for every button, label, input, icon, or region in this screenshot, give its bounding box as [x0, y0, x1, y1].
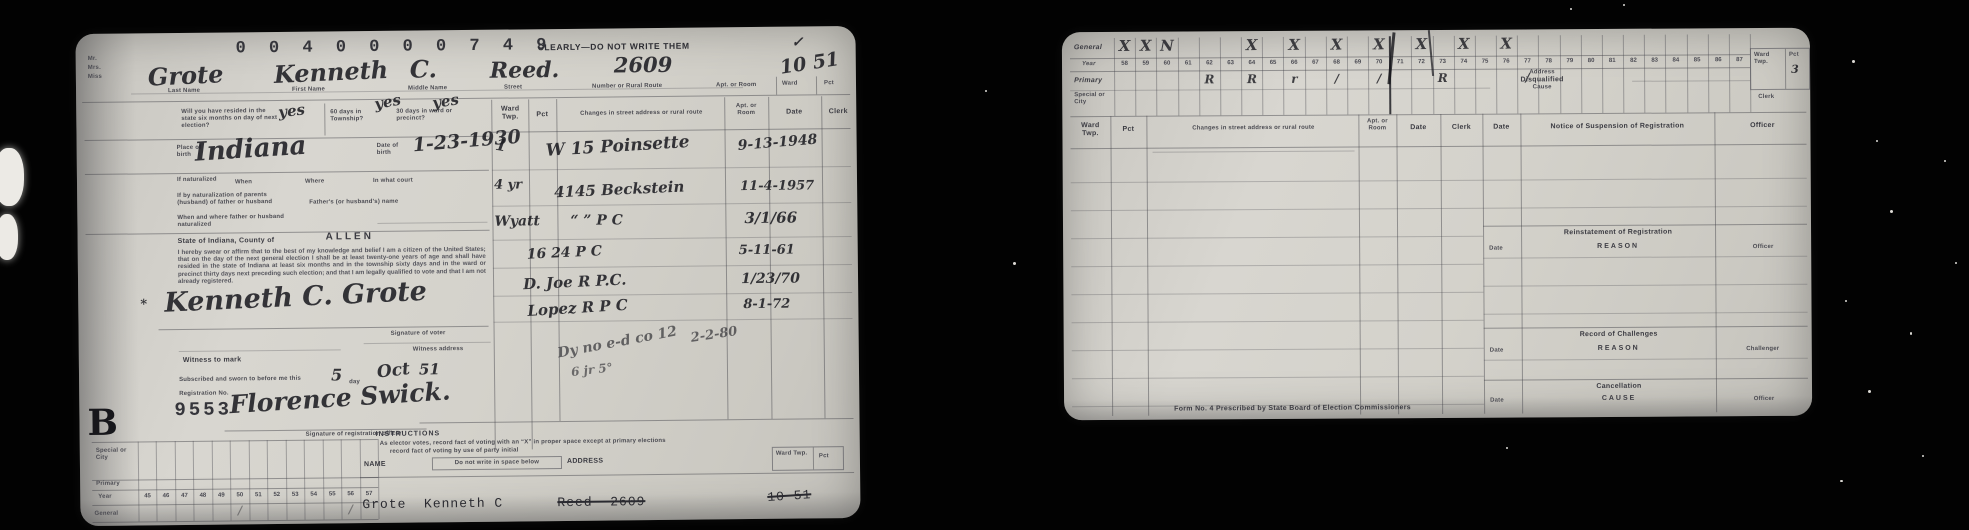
honorific-mrs: Mrs.	[88, 65, 101, 72]
general-vote-mark: X	[1135, 37, 1156, 58]
reinstatement-date-label: Date	[1489, 246, 1503, 253]
primary-vote-mark	[1644, 69, 1665, 89]
reinstatement-officer-label: Officer	[1725, 244, 1801, 251]
year-cell: 80	[1580, 56, 1601, 67]
divider-line	[776, 77, 777, 95]
asterisk-mark: *	[140, 297, 147, 312]
film-speck	[1013, 262, 1016, 265]
change-address: “ ” P C	[570, 212, 623, 229]
change-address: D. Joe R P.C.	[523, 271, 627, 294]
header-date: Date	[1400, 124, 1436, 132]
label-if-naturalized: If naturalized	[177, 177, 217, 184]
change-row: Lopez R P C 8-1-72	[493, 294, 858, 324]
challenges-challenger-label: Challenger	[1720, 346, 1806, 354]
registration-card-back: General Year Primary Special or City XXN…	[1062, 28, 1812, 421]
grid-label-general: General	[1074, 44, 1102, 52]
disqualified-line-cause: Cause	[1454, 84, 1630, 92]
year-cell: 61	[1178, 58, 1199, 69]
vote-grid-label-general: General	[94, 511, 118, 518]
divider-line	[1484, 326, 1808, 329]
year-cell: 69	[1347, 57, 1368, 68]
divider-line	[420, 418, 854, 424]
grid-label-year: Year	[1082, 61, 1096, 68]
divider-line	[179, 349, 341, 352]
divider-line	[1071, 180, 1483, 184]
margin-scrawl: 2-2-80	[690, 324, 739, 346]
divider-line	[1071, 236, 1483, 240]
year-cell: 74	[1453, 57, 1474, 68]
film-artifact-blob	[0, 148, 24, 206]
change-row: 16 24 P C 5-11-61	[493, 240, 858, 270]
header-changes-address: Changes in street address or rural route	[562, 109, 720, 118]
film-speck	[1876, 140, 1878, 142]
registration-number-stamp: 9553	[174, 398, 232, 421]
vote-mark	[323, 501, 342, 519]
general-vote-mark	[1665, 33, 1686, 54]
divider-line	[1483, 224, 1807, 227]
year-cell: 48	[194, 491, 213, 503]
voter-street-number: 2609	[614, 52, 673, 78]
year-cell: 84	[1665, 55, 1686, 66]
divider-line	[1785, 49, 1786, 89]
divider-line	[1483, 178, 1807, 181]
film-speck	[1845, 300, 1847, 302]
header-notice-of-suspension: Notice of Suspension of Registration	[1522, 122, 1712, 131]
general-vote-mark: N	[1156, 37, 1177, 58]
divider-line	[1483, 284, 1807, 287]
change-address: 16 24 P C	[526, 243, 602, 262]
serial-number-stamp: 0 0 4 0 0 0 0 7 4 9	[236, 36, 549, 58]
divider-line	[377, 222, 487, 224]
oath-state-county-line: State of Indiana, County of	[178, 237, 275, 246]
divider-line	[1483, 256, 1807, 259]
year-cell: 63	[1220, 58, 1241, 69]
header-pct: Pct	[530, 111, 554, 119]
general-vote-mark: X	[1368, 35, 1389, 56]
general-vote-mark	[1347, 35, 1368, 56]
label-pct: Pct	[824, 80, 834, 87]
divider-line	[1072, 348, 1484, 352]
change-row: Wyatt “ ” P C 3/1/66	[492, 208, 857, 240]
grid-label-primary: Primary	[1074, 77, 1102, 85]
change-row: 4 yr 4145 Beckstein 11-4-1957	[492, 172, 857, 208]
change-address: Lopez R P C	[527, 296, 628, 320]
divider-line	[85, 170, 489, 175]
divider-line	[1071, 144, 1807, 149]
cancellation-date-label: Date	[1490, 398, 1504, 405]
header-date: Date	[770, 108, 818, 117]
change-date: 1/23/70	[741, 271, 800, 288]
general-vote-mark	[1538, 34, 1559, 55]
honorific-mr: Mr.	[88, 56, 97, 63]
change-date: 5-11-61	[739, 243, 795, 259]
year-cell: 58	[1114, 59, 1135, 70]
label-ward: Ward	[782, 81, 798, 88]
primary-vote-mark	[1665, 68, 1686, 88]
year-cell: 83	[1644, 56, 1665, 67]
sworn-statement-text: Subscribed and sworn to before me this	[179, 376, 301, 384]
vote-mark	[286, 502, 305, 520]
challenges-reason-label: REASON	[1524, 344, 1714, 353]
film-speck	[1623, 4, 1625, 6]
label-where: Where	[305, 178, 324, 185]
change-address: 4145 Beckstein	[554, 177, 685, 201]
vote-mark	[268, 502, 287, 520]
label-middle-name: Middle Name	[408, 85, 447, 92]
vote-grid-label-primary: Primary	[96, 481, 120, 488]
stamp-letter-b: B	[87, 402, 118, 444]
label-number-rural-route: Number or Rural Route	[592, 83, 662, 91]
challenges-date-label: Date	[1490, 348, 1504, 355]
divider-line	[1072, 376, 1484, 380]
year-cell: 46	[157, 491, 176, 503]
header-apt-or-room: Apt. or Room	[728, 103, 764, 117]
header-ward-twp: Ward Twp.	[1072, 122, 1108, 138]
film-speck	[1868, 390, 1871, 393]
divider-line	[1071, 208, 1483, 212]
vote-mark	[249, 502, 268, 520]
honorific-miss: Miss	[88, 74, 102, 81]
label-apt-or-room: Apt. or Room	[716, 82, 756, 89]
year-cell: 65	[1262, 58, 1283, 69]
film-artifact-blob	[0, 214, 18, 260]
form-footer: Form No. 4 Prescribed by State Board of …	[1174, 404, 1411, 413]
question-precinct-residency: 30 days in ward or precinct?	[396, 108, 462, 123]
general-vote-mark	[1686, 33, 1707, 54]
header-changes-address: Changes in street address or rural route	[1152, 125, 1354, 133]
divider-line	[813, 447, 814, 469]
year-cell: 87	[1729, 55, 1750, 66]
vote-mark: /	[342, 501, 361, 519]
ward-pct-box: Ward Twp. Pct 3	[1750, 48, 1810, 90]
year-cell: 77	[1517, 56, 1538, 67]
divider-line	[816, 76, 817, 94]
year-cell: 81	[1602, 56, 1623, 67]
general-vote-mark	[1559, 34, 1580, 55]
year-cell: 47	[175, 491, 194, 503]
challenges-title: Record of Challenges	[1524, 330, 1714, 339]
film-speck	[985, 90, 987, 92]
general-vote-mark: X	[1283, 36, 1304, 57]
general-vote-mark	[1517, 34, 1538, 55]
label-naturalization-of-parents: If by naturalization of parents (husband…	[177, 192, 287, 207]
general-vote-mark	[1708, 33, 1729, 54]
general-vote-mark: X	[1496, 35, 1517, 56]
reinstatement-title: Reinstatement of Registration	[1523, 228, 1713, 237]
header-suspension-date: Date	[1484, 124, 1518, 132]
header-officer: Officer	[1724, 122, 1800, 130]
general-vote-mark	[1729, 33, 1750, 54]
general-vote-mark: X	[1114, 37, 1135, 58]
divider-line	[1520, 113, 1523, 413]
general-vote-mark	[1623, 34, 1644, 55]
grid-label-special: Special or City	[1074, 92, 1108, 106]
divider-line	[1072, 320, 1484, 324]
change-row: 1 W 15 Poinsette 9-13-1948	[492, 130, 857, 168]
year-cell: 66	[1284, 58, 1305, 69]
film-speck	[1570, 8, 1572, 10]
film-speck	[1910, 332, 1912, 335]
year-cell: 54	[304, 490, 323, 502]
column-header-address: ADDRESS	[567, 458, 603, 466]
change-date: 9-13-1948	[737, 132, 818, 154]
year-cell: 76	[1496, 57, 1517, 68]
divider-line	[1714, 112, 1717, 412]
ward-box-label: Ward Twp.	[1754, 52, 1784, 66]
column-header-name: NAME	[364, 461, 386, 469]
year-cell: 56	[341, 489, 360, 501]
label-when: When	[235, 179, 252, 186]
microfilm-scan: 0 0 4 0 0 0 0 7 4 9 CLEARLY—DO NOT WRITE…	[0, 0, 1969, 530]
typed-voter-name: Grote Kenneth C	[362, 496, 503, 512]
change-date: 11-4-1957	[740, 178, 814, 194]
clerk-label: Clerk	[1758, 94, 1774, 101]
film-speck	[1506, 447, 1508, 449]
voter-street: Reed.	[490, 57, 560, 84]
general-vote-mark	[1432, 35, 1453, 56]
film-speck	[1922, 455, 1924, 457]
place-of-birth-value: Indiana	[194, 131, 307, 168]
registration-card-front: 0 0 4 0 0 0 0 7 4 9 CLEARLY—DO NOT WRITE…	[75, 26, 860, 526]
pct-box-label: Pct	[1789, 52, 1799, 59]
year-cell: 78	[1538, 56, 1559, 67]
general-vote-mark	[1580, 34, 1601, 55]
year-cell: 75	[1474, 57, 1495, 68]
year-cell: 85	[1686, 55, 1707, 66]
do-not-write-note: Do not write in space below	[432, 456, 562, 470]
year-cell: 79	[1559, 56, 1580, 67]
general-vote-mark: X	[1241, 36, 1262, 57]
year-cell: 73	[1432, 57, 1453, 68]
voter-last-name: Grote	[147, 59, 224, 91]
pct-value: 3	[1791, 63, 1799, 76]
year-cell: 70	[1368, 57, 1389, 68]
general-vote-mark	[1199, 36, 1220, 57]
vote-mark	[194, 503, 213, 521]
year-cell: 45	[138, 491, 157, 503]
disqualified-block: Address Disqualified Cause	[1454, 69, 1630, 92]
county-stamp: ALLEN	[326, 231, 374, 243]
year-cell: 82	[1623, 56, 1644, 67]
general-vote-mark	[1305, 36, 1326, 57]
year-cell: 72	[1411, 57, 1432, 68]
ward-precinct-value: 10 51	[778, 48, 840, 79]
typed-address-struck: Reed 2609	[557, 494, 645, 510]
divider-line	[1484, 358, 1808, 361]
general-vote-mark: X	[1453, 35, 1474, 56]
film-speck	[1840, 480, 1843, 482]
divider-line	[1071, 292, 1483, 296]
change-date: 8-1-72	[743, 297, 790, 312]
label-date-of-birth: Date of birth	[377, 143, 411, 157]
vote-mark	[175, 503, 194, 521]
reinstatement-reason-label: REASON	[1523, 242, 1713, 251]
film-speck	[1852, 60, 1855, 63]
label-father-naturalized-when: When and where father or husband natural…	[177, 214, 297, 229]
general-vote-mark	[1220, 36, 1241, 57]
change-date: 3/1/66	[744, 209, 797, 228]
vote-marks-general: //	[138, 501, 378, 522]
cancellation-title: Cancellation	[1524, 382, 1714, 391]
voter-middle-initial: C.	[410, 54, 437, 83]
voter-signature-caption: Signature of voter	[391, 330, 446, 338]
year-cell: 86	[1708, 55, 1729, 66]
divider-line	[360, 472, 854, 478]
witness-to-mark-label: Witness to mark	[183, 356, 242, 365]
year-cell: 62	[1199, 58, 1220, 69]
change-address: W 15 Poinsette	[545, 132, 690, 161]
general-vote-mark	[1474, 35, 1495, 56]
cancellation-officer-label: Officer	[1726, 396, 1802, 403]
divider-line	[86, 230, 490, 235]
general-vote-mark	[1644, 34, 1665, 55]
year-cell: 67	[1305, 58, 1326, 69]
year-cell: 68	[1326, 58, 1347, 69]
header-apt-or-room: Apt. or Room	[1362, 118, 1392, 132]
year-cell: 59	[1135, 59, 1156, 70]
typed-ward-pct-struck: 10 51	[767, 487, 812, 505]
vote-mark	[157, 503, 176, 521]
vote-grid-label-year: Year	[98, 494, 112, 501]
year-cell: 64	[1241, 58, 1262, 69]
change-ward: 4 yr	[494, 177, 522, 192]
divider-line	[364, 342, 491, 344]
year-cell: 51	[249, 490, 268, 502]
question-state-residency: Will you have resided in the state six m…	[181, 108, 279, 130]
label-in-what-court: In what court	[373, 178, 413, 185]
header-clerk: Clerk	[823, 108, 853, 116]
column-header-pct: Pct	[819, 453, 829, 460]
vote-mark	[305, 502, 324, 520]
divider-line	[1483, 206, 1807, 209]
change-row: D. Joe R P.C. 1/23/70	[493, 268, 858, 298]
answer-state-residency: yes	[277, 100, 306, 121]
general-vote-mark: X	[1326, 36, 1347, 57]
film-speck	[1890, 210, 1893, 213]
year-cell: 49	[212, 490, 231, 502]
handwritten-checkmark: ✓	[791, 34, 803, 50]
label-last-name: Last Name	[168, 88, 200, 95]
label-father-husband-name: Father's (or husband's) name	[309, 199, 398, 207]
witness-address-label: Witness address	[413, 346, 464, 354]
vote-mark	[212, 502, 231, 520]
vote-mark	[138, 503, 157, 521]
divider-line	[324, 103, 325, 135]
year-cell: 52	[268, 490, 287, 502]
primary-vote-mark	[1687, 68, 1708, 88]
divider-line	[1484, 378, 1808, 381]
sworn-year-value: 51	[419, 360, 440, 378]
label-street: Street	[504, 84, 522, 91]
year-cell: 55	[323, 489, 342, 501]
general-vote-mark	[1262, 36, 1283, 57]
primary-vote-mark	[1729, 68, 1750, 88]
margin-scrawl: 6 jr 5°	[570, 360, 613, 379]
year-cell: 60	[1156, 59, 1177, 70]
divider-line	[82, 94, 850, 103]
header-ward-twp: Ward Twp.	[494, 105, 526, 121]
ward-pct-box: Ward Twp. Pct	[772, 446, 844, 471]
film-speck	[1944, 160, 1946, 162]
do-not-write-warning: CLEARLY—DO NOT WRITE THEM	[538, 41, 690, 53]
instructions-title: INSTRUCTIONS	[376, 430, 441, 439]
year-cell: 50	[231, 490, 250, 502]
vote-mark: /	[231, 502, 250, 520]
registration-number-label: Registration No.	[179, 391, 229, 399]
change-ward: 1	[494, 135, 508, 156]
voter-first-name: Kenneth	[273, 55, 389, 89]
header-pct: Pct	[1114, 126, 1142, 134]
primary-vote-mark	[1708, 68, 1729, 88]
general-vote-mark	[1177, 36, 1198, 57]
divider-line	[1484, 312, 1808, 315]
label-first-name: First Name	[292, 86, 325, 93]
divider-line	[1153, 151, 1355, 153]
divider-line	[1071, 264, 1483, 268]
column-header-ward-twp: Ward Twp.	[776, 450, 812, 457]
general-vote-mark	[1602, 34, 1623, 55]
cancellation-cause-label: CAUSE	[1524, 394, 1714, 403]
margin-scrawl: Dy no e-d co 12	[556, 323, 678, 361]
sworn-day-value: 5	[331, 365, 342, 384]
year-cell: 53	[286, 490, 305, 502]
change-ward: Wyatt	[494, 213, 540, 229]
header-clerk: Clerk	[1442, 124, 1480, 132]
year-cell: 71	[1390, 57, 1411, 68]
film-speck	[1955, 262, 1957, 264]
vote-grid-label-special: Special or City	[96, 448, 132, 462]
